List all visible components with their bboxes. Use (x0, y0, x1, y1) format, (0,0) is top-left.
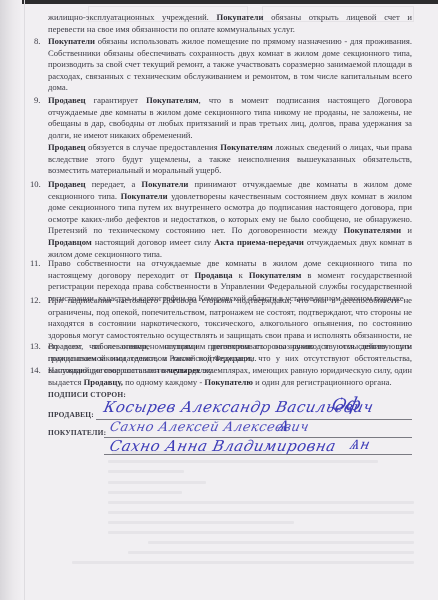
bleed-through-text (108, 481, 206, 484)
text: Настоящий договор составлен в (48, 365, 168, 375)
bold-term: Покупателям (249, 270, 302, 280)
clause-14: Настоящий договор составлен в четырех эк… (48, 365, 412, 388)
text: и один для регистрационного органа. (253, 377, 392, 387)
bold-term: Покупатели (141, 179, 188, 189)
text: Во всем, что не оговорено настоящим дого… (48, 341, 412, 363)
bold-term: Продавцом (48, 237, 92, 247)
clause-9: Продавец гарантирует Покупателям, что в … (48, 95, 412, 141)
bold-term: Покупателями (344, 225, 401, 235)
text: к (233, 270, 249, 280)
scan-left-shadow (0, 0, 22, 600)
bleed-through-text (108, 491, 182, 494)
bleed-through-text (108, 501, 414, 504)
buyers-label: ПОКУПАТЕЛИ: (48, 428, 106, 437)
text: обязуется в случае предоставления (86, 142, 221, 152)
bleed-through-text (148, 541, 414, 544)
bold-term: Покупателям (220, 142, 273, 152)
seller-label: ПРОДАВЕЦ: (48, 410, 94, 419)
bold-term: Продавец (48, 95, 86, 105)
bleed-through-text (128, 551, 414, 554)
bold-term: Покупателям (146, 95, 199, 105)
text: и (401, 225, 412, 235)
clause-number: 9. (34, 95, 40, 107)
bold-term: Покупатели (217, 12, 264, 22)
clause-number: 10. (30, 179, 41, 191)
clause-10: Продавец передает, а Покупатели принимаю… (48, 179, 412, 260)
bold-term: Продавец (48, 142, 86, 152)
scan-top-edge (0, 0, 438, 4)
bleed-through-text (112, 451, 282, 454)
text: гарантирует (86, 95, 147, 105)
bleed-through-text (108, 511, 414, 514)
scan-margin-line (24, 0, 25, 600)
clause-13: Во всем, что не оговорено настоящим дого… (48, 341, 412, 364)
bleed-through-text (72, 561, 414, 564)
clause-number: 11. (30, 258, 40, 270)
bold-term: четырех (168, 365, 200, 375)
text: передает, а (86, 179, 142, 189)
clause-number: 13. (30, 341, 41, 353)
bold-term: Акта приема-передачи (214, 237, 304, 247)
bleed-through-text (108, 531, 414, 534)
bold-term: Продавец (48, 179, 86, 189)
lead-in-paragraph: жилищно-эксплуатационных учреждений. Пок… (48, 12, 412, 35)
bold-term: Продавца (195, 270, 233, 280)
bold-term: Покупатели (121, 191, 168, 201)
bold-term: Покупателю (204, 377, 253, 387)
text: по одному каждому - (123, 377, 204, 387)
clause-number: 8. (34, 36, 40, 48)
text: обязаны использовать жилое помещение по … (48, 36, 412, 92)
text: настоящий договор имеет силу (92, 237, 214, 247)
clause-number: 14. (30, 365, 41, 377)
text: жилищно-эксплуатационных учреждений. (48, 12, 217, 22)
clause-9-subparagraph: Продавец обязуется в случае предоставлен… (48, 142, 412, 177)
bold-term: Продавцу, (84, 377, 123, 387)
seller-signature-mark: Ѻф (330, 394, 364, 415)
bold-term: Покупатели (48, 36, 95, 46)
bleed-through-text (108, 521, 294, 524)
bleed-through-text (108, 470, 184, 473)
clause-8: Покупатели обязаны использовать жилое по… (48, 36, 412, 94)
clause-number: 12. (30, 295, 41, 307)
bleed-through-text (108, 460, 378, 463)
buyer-2-signature-mark: Ѧн (348, 437, 372, 454)
